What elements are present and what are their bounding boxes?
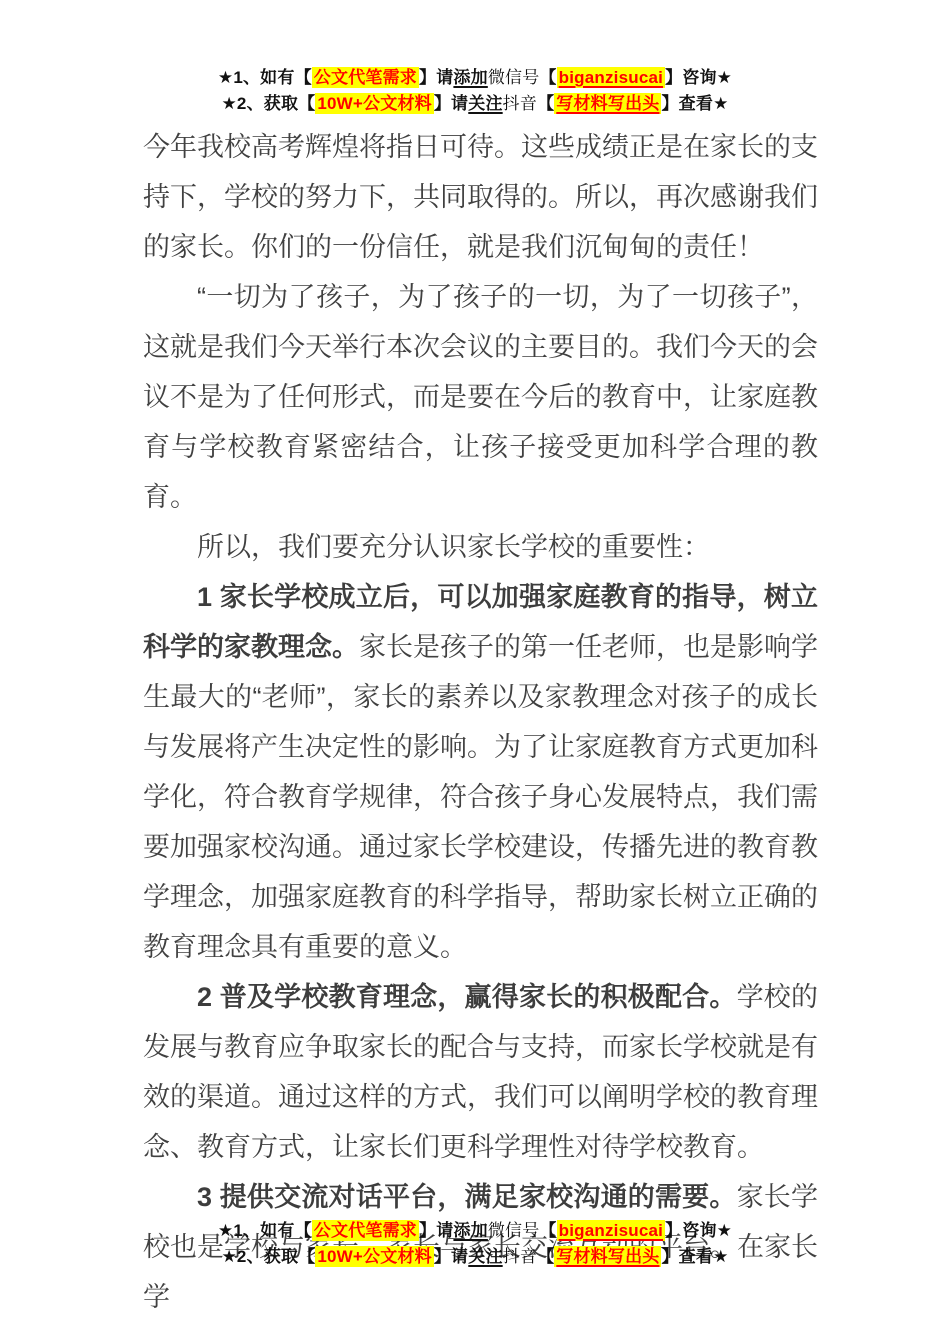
document-page: ★1、如有【公文代笔需求】请添加微信号【biganzisucai】咨询★★2、获… [0, 0, 950, 1344]
promo-run: 10W+公文材料 [315, 1246, 433, 1267]
promo-run: biganzisucai [557, 1220, 665, 1241]
promo-run: ★1、如有【 [218, 1221, 312, 1240]
promo-run: 微信号 [488, 68, 540, 87]
promo-run: 抖音 [503, 94, 537, 113]
promo-line-2: ★2、获取【10W+公文材料】请关注抖音【写材料写出头】查看★ [0, 91, 950, 117]
document-paragraph-2: “一切为了孩子，为了孩子的一切，为了一切孩子”，这就是我们今天举行本次会议的主要… [143, 272, 818, 522]
promo-run: ★2、获取【 [221, 1247, 315, 1266]
promo-run: 】咨询★ [665, 68, 732, 87]
promo-run: ★2、获取【 [221, 94, 315, 113]
promo-run: 写材料写出头 [554, 93, 661, 114]
promo-run: 】查看★ [661, 94, 728, 113]
promo-run: ★1、如有【 [218, 68, 312, 87]
text-run: 今年我校高考辉煌将指日可待。这些成绩正是在家长的支持下，学校的努力下，共同取得的… [143, 132, 818, 262]
text-run: “一切为了孩子，为了孩子的一切，为了一切孩子”，这就是我们今天举行本次会议的主要… [143, 282, 818, 512]
promo-line-1: ★1、如有【公文代笔需求】请添加微信号【biganzisucai】咨询★ [0, 65, 950, 91]
document-paragraph-1: 今年我校高考辉煌将指日可待。这些成绩正是在家长的支持下，学校的努力下，共同取得的… [143, 122, 818, 272]
promo-run: 】请 [419, 1221, 453, 1240]
promo-run: 写材料写出头 [554, 1246, 661, 1267]
promo-run: 【 [539, 1221, 556, 1240]
promo-run: 微信号 [488, 1221, 540, 1240]
promo-run: 】查看★ [661, 1247, 728, 1266]
promo-run: 【 [537, 1247, 554, 1266]
document-paragraph-4: 1 家长学校成立后，可以加强家庭教育的指导，树立科学的家教理念。家长是孩子的第一… [143, 572, 818, 972]
promo-line-2: ★2、获取【10W+公文材料】请关注抖音【写材料写出头】查看★ [0, 1244, 950, 1270]
promo-run: 】请 [419, 68, 453, 87]
promo-run: 10W+公文材料 [315, 93, 433, 114]
promo-run: 公文代笔需求 [312, 1220, 419, 1241]
text-run: 2 普及学校教育理念，赢得家长的积极配合。 [197, 982, 737, 1012]
promo-run: 添加 [453, 68, 487, 87]
promo-run: 关注 [468, 1247, 502, 1266]
promo-run: 公文代笔需求 [312, 67, 419, 88]
promo-run: 】请 [434, 1247, 468, 1266]
text-run: 3 提供交流对话平台，满足家校沟通的需要。 [197, 1182, 737, 1212]
promo-run: 添加 [453, 1221, 487, 1240]
document-body: 今年我校高考辉煌将指日可待。这些成绩正是在家长的支持下，学校的努力下，共同取得的… [143, 122, 818, 1322]
promo-run: 】咨询★ [665, 1221, 732, 1240]
promo-line-1: ★1、如有【公文代笔需求】请添加微信号【biganzisucai】咨询★ [0, 1218, 950, 1244]
document-paragraph-5: 2 普及学校教育理念，赢得家长的积极配合。学校的发展与教育应争取家长的配合与支持… [143, 972, 818, 1172]
promo-banner-footer: ★1、如有【公文代笔需求】请添加微信号【biganzisucai】咨询★★2、获… [0, 1218, 950, 1270]
text-run: 家长是孩子的第一任老师，也是影响学生最大的“老师”，家长的素养以及家教理念对孩子… [143, 632, 818, 962]
promo-run: 】请 [434, 94, 468, 113]
promo-run: 【 [537, 94, 554, 113]
promo-banner-header: ★1、如有【公文代笔需求】请添加微信号【biganzisucai】咨询★★2、获… [0, 65, 950, 117]
text-run: 所以，我们要充分认识家长学校的重要性： [197, 532, 710, 562]
promo-run: 抖音 [503, 1247, 537, 1266]
promo-run: biganzisucai [557, 67, 665, 88]
promo-run: 【 [539, 68, 556, 87]
promo-run: 关注 [468, 94, 502, 113]
document-paragraph-3: 所以，我们要充分认识家长学校的重要性： [143, 522, 818, 572]
